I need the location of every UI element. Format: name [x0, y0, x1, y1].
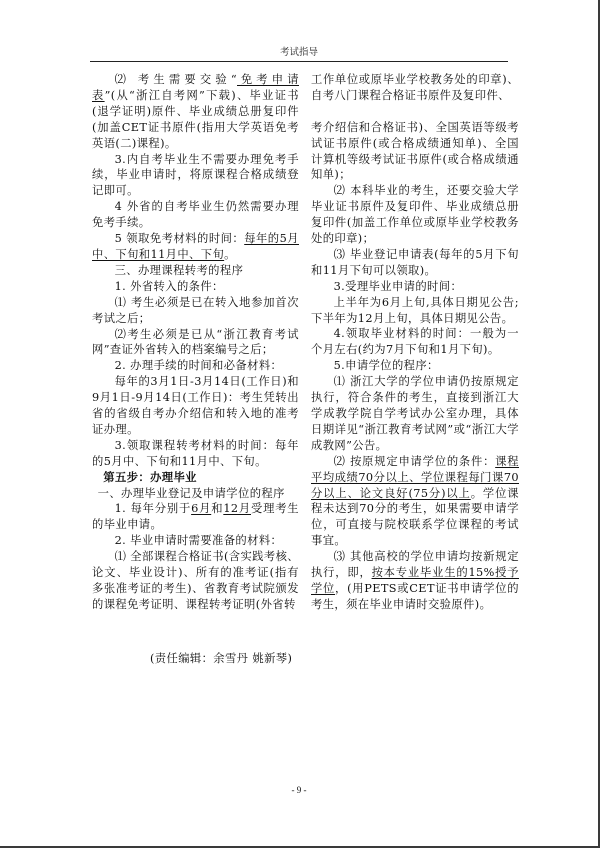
- left-column: ⑵ 考生需要交验“免考申请表”(从“浙江自考网”下载)、毕业证书(退学证明)原件…: [92, 72, 299, 613]
- paragraph: ⑶ 毕业登记申请表(每年的5月下旬和11月下旬可以领取)。: [311, 247, 519, 279]
- paragraph: ⑴ 考生必须是已在转入地参加首次考试之后；: [92, 295, 299, 327]
- paragraph: 工作单位或原毕业学校教务处的印章)、自考八门课程合格证书原件及复印件、: [311, 72, 519, 104]
- paragraph: 4.领取毕业材料的时间：一般为一个月左右(约为7月下旬和1月下旬)。: [311, 326, 519, 358]
- page-number: - 9 -: [0, 785, 598, 795]
- paragraph: 2. 办理手续的时间和必备材料：: [92, 358, 299, 374]
- right-column: 工作单位或原毕业学校教务处的印章)、自考八门课程合格证书原件及复印件、 考介绍信…: [311, 72, 519, 613]
- step-heading: 第五步：办理毕业: [92, 470, 299, 486]
- paragraph: ⑶ 其他高校的学位申请均按新规定执行，即，按本专业毕业生的15%授予学位，(用P…: [311, 549, 519, 613]
- paragraph: ⑵ 按原规定申请学位的条件：课程平均成绩70分以上、学位课程每门课70分以上、论…: [311, 454, 519, 549]
- paragraph: ⑵ 考生需要交验“免考申请表”(从“浙江自考网”下载)、毕业证书(退学证明)原件…: [92, 72, 299, 152]
- editor-credit: (责任编辑：余雪丹 姚新琴): [150, 650, 292, 666]
- paragraph: 3.受理毕业申请的时间：: [311, 279, 519, 295]
- page-header: 考试指导: [90, 44, 508, 62]
- paragraph: 4 外省的自考毕业生仍然需要办理免考手续。: [92, 199, 299, 231]
- paragraph: ⑴ 全部课程合格证书(含实践考核、论文、毕业设计)、所有的准考证(指有多张准考证…: [92, 549, 299, 613]
- paragraph: 上半年为6月上旬,具体日期见公告;下半年为12月上旬，具体日期见公告。: [311, 295, 519, 327]
- paragraph: 1. 外省转入的条件：: [92, 279, 299, 295]
- paragraph: 考介绍信和合格证书)、全国英语等级考试证书原件(或合格成绩通知单)、全国计算机等…: [311, 120, 519, 184]
- paragraph: ⑵考生必须是已从“浙江教育考试网”查证外省转入的档案编号之后；: [92, 327, 299, 359]
- section-heading: 一、办理毕业登记及申请学位的程序: [92, 486, 299, 502]
- paragraph: 2. 毕业申请时需要准备的材料：: [92, 533, 299, 549]
- paragraph: 5 领取免考材料的时间：每年的5月中、下旬和11月中、下旬。: [92, 231, 299, 263]
- paragraph: 每年的3月1日-3月14日(工作日)和9月1日-9月14日(工作日)：考生凭转出…: [92, 374, 299, 438]
- document-page: 考试指导 ⑵ 考生需要交验“免考申请表”(从“浙江自考网”下载)、毕业证书(退学…: [0, 0, 600, 848]
- paragraph: 3.领取课程转考材料的时间：每年的5月中、下旬和11月中、下旬。: [92, 438, 299, 470]
- paragraph: 5.申请学位的程序：: [311, 358, 519, 374]
- section-heading: 三、办理课程转考的程序: [92, 263, 299, 279]
- paragraph: 1. 每年分别于6月和12月受理考生的毕业申请。: [92, 501, 299, 533]
- paragraph: 3.内自考毕业生不需要办理免考手续，毕业申请时，将原课程合格成绩登记即可。: [92, 152, 299, 200]
- paragraph: ⑵ 本科毕业的考生，还要交验大学毕业证书原件及复印件、毕业成绩总册复印件(加盖工…: [311, 183, 519, 247]
- paragraph: ⑴ 浙江大学的学位申请仍按原规定执行，符合条件的考生，直接到浙江大学成教学院自学…: [311, 374, 519, 454]
